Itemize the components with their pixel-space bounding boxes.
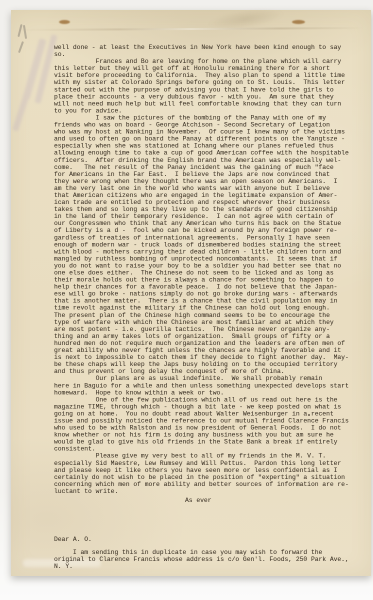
typed-line: this letter but they will get off at Hon…: [54, 65, 373, 72]
typed-line: that American citizens who are engaged i…: [54, 192, 373, 199]
typed-line: Frances and Bo are leaving for home on t…: [54, 58, 373, 65]
typed-line: you do not want to raise your boy to be …: [54, 262, 373, 269]
typed-line: who used to be with Ralston and is now p…: [54, 425, 373, 432]
typed-line: that is another matter. There is a chanc…: [54, 298, 373, 305]
typed-line: our Congressmen who think that any Ameri…: [54, 220, 373, 227]
typed-line: time revolt against the military if the …: [54, 305, 373, 312]
letter-body: well done - at least the Executives in N…: [54, 44, 373, 495]
typed-line: gardless of treaties of international ag…: [54, 234, 373, 241]
typed-line: especially Sid Maestre, Lew Rumsey and W…: [54, 460, 373, 467]
paper-wrinkle: [190, 0, 303, 40]
typed-line: who was my host at Nanking in November. …: [54, 129, 373, 136]
ink-bleedthrough-mark: [12, 74, 36, 131]
typed-line: issue and possibly noticed the reference…: [54, 417, 373, 424]
typed-line: One of the few publications which all of…: [54, 396, 373, 403]
typed-line: great ability who never fight unless the…: [54, 347, 373, 354]
typed-line: enough of modern war - truck loads of di…: [54, 241, 373, 248]
typed-line: for Americans in the Far East. I believe…: [54, 171, 373, 178]
typed-line: know whether or not his firm is doing an…: [54, 432, 373, 439]
typed-line: of Liberty is a d - fool who can be kick…: [54, 227, 373, 234]
typed-line: am the very last one in the world who wa…: [54, 185, 373, 192]
typed-line: would be glad to give his old friends in…: [54, 439, 373, 446]
typed-line: mangled by ruthless bombing of unprotect…: [54, 255, 373, 262]
typed-line: to you for advice.: [54, 107, 373, 114]
typed-line: and please keep it like others you have …: [54, 467, 373, 474]
typed-line: place their accounts - a very dubious fa…: [54, 93, 373, 100]
typed-line: magazine TIME, through which - though a …: [54, 403, 373, 410]
typed-line: come. The net result of the Panay incide…: [54, 164, 373, 171]
typed-line: Please give my very best to all of my fr…: [54, 453, 373, 460]
typed-line: here in Baguio for a while and then unle…: [54, 382, 373, 389]
typed-line: well done - at least the Executives in N…: [54, 44, 373, 51]
tape-stain-right: [292, 20, 305, 24]
typed-line: started out with the purpose of advising…: [54, 86, 373, 93]
typed-line: in the land of their temporary residence…: [54, 213, 373, 220]
postscript-salutation: Dear A. O.: [54, 536, 92, 543]
typed-line: I saw the pictures of the bombing of the…: [54, 114, 373, 121]
typed-line: be these chaps will keep the Japs busy h…: [54, 361, 373, 368]
typed-line: homeward. Hope to know within a week or …: [54, 389, 373, 396]
typed-line: visit before proceeding to California. T…: [54, 72, 373, 79]
typed-line: original to Clarence Francis whose addre…: [54, 556, 373, 563]
typed-line: and used to often go on board the Panay …: [54, 136, 373, 143]
typed-line: takes them and so long as they live up t…: [54, 206, 373, 213]
typed-line: type of warfare with which the Chinese a…: [54, 319, 373, 326]
typed-line: certainly do not wish to be placed in th…: [54, 474, 373, 481]
typed-line: their morale holds out there is always a…: [54, 277, 373, 284]
typed-line: friends who was on board - George Atchis…: [54, 122, 373, 129]
typed-line: I am sending this in duplicate in case y…: [54, 549, 373, 556]
typed-line: especially when she was stationed at Ich…: [54, 143, 373, 150]
typed-line: so.: [54, 51, 373, 58]
typed-line: help their chances for a favorable peace…: [54, 284, 373, 291]
typed-line: is next to impossible to catch them if t…: [54, 354, 373, 361]
typed-line: N. Y.: [54, 563, 373, 570]
tape-stain-left: [59, 20, 70, 24]
typed-line: with my sister at Colorado Springs befor…: [54, 79, 373, 86]
typed-line: will not need much help but will feel co…: [54, 100, 373, 107]
letter-page: well done - at least the Executives in N…: [11, 10, 371, 576]
typed-line: going on at home. You no doubt read abou…: [54, 410, 373, 417]
postscript-body: I am sending this in duplicate in case y…: [54, 549, 373, 570]
typed-line: are most potent - i.e. guerilla tactics.…: [54, 326, 373, 333]
typed-line: with blood - mothers carrying their dead…: [54, 248, 373, 255]
typed-line: one else does either. The Chinese do not…: [54, 270, 373, 277]
typed-line: allowing enough time to take a cup of go…: [54, 150, 373, 157]
typed-line: concerning which men of more ability and…: [54, 481, 373, 488]
typed-line: Our plans are as usual indefinite. We sh…: [54, 375, 373, 382]
typed-line: ican trade are entitled to protection an…: [54, 199, 373, 206]
letter-closing: As ever: [185, 497, 211, 504]
typed-line: officers. After drinking the English bra…: [54, 157, 373, 164]
typed-line: thing and an army takes lots of organiza…: [54, 333, 373, 340]
typed-line: ese will go broke - nations simply do no…: [54, 291, 373, 298]
typed-line: The present plan of the Chinese high com…: [54, 312, 373, 319]
typed-line: luctant to write.: [54, 488, 373, 495]
typed-line: they were wrong when they thought there …: [54, 178, 373, 185]
typed-line: hundred men do not require much organiza…: [54, 340, 373, 347]
typed-line: and thus prevent or long delay the conqu…: [54, 368, 373, 375]
typed-line: consistent.: [54, 446, 373, 453]
